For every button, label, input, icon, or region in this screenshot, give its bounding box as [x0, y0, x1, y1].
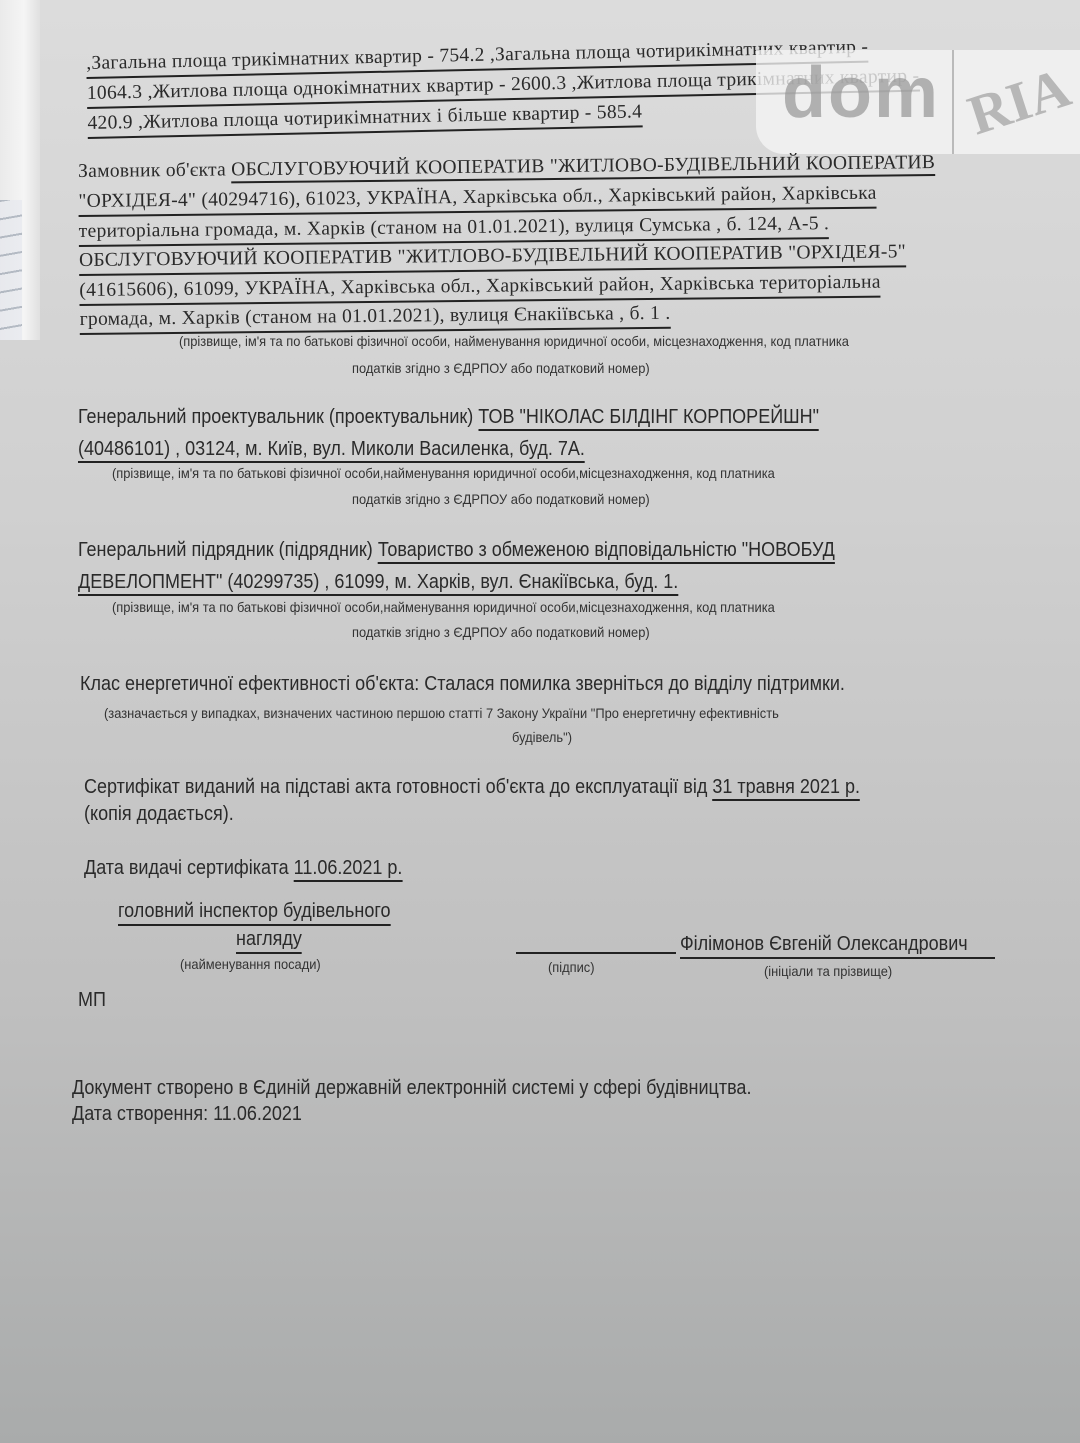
- watermark-dom-logo: dom: [782, 52, 940, 134]
- name-caption: (ініціали та прізвище): [764, 960, 892, 982]
- designer-note-2: податків згідно з ЄДРПОУ або податковий …: [352, 488, 650, 510]
- signature-line: [516, 952, 676, 954]
- energy-note-2: будівель"): [512, 726, 572, 748]
- position-line-1: головний інспектор будівельного: [118, 899, 391, 926]
- contractor-note-1: (прізвище, ім'я та по батькові фізичної …: [112, 596, 775, 618]
- contractor-value-2: ДЕВЕЛОПМЕНТ" (40299735) , 61099, м. Харк…: [78, 571, 678, 596]
- certificate-page: ,Загальна площа трикімнатних квартир - 7…: [0, 0, 1080, 1443]
- customer-line-5: (41615606), 61099, УКРАЇНА, Харківська о…: [79, 271, 881, 306]
- position-caption: (найменування посади): [180, 953, 321, 975]
- contractor-label: Генеральний підрядник (підрядник): [78, 539, 373, 561]
- designer-label: Генеральний проектувальник (проектувальн…: [78, 406, 473, 428]
- energy-note-1: (зазначається у випадках, визначених час…: [104, 702, 779, 724]
- certificate-copy-note: (копія додається).: [84, 802, 234, 826]
- position-line-2: нагляду: [236, 927, 302, 954]
- customer-note-2: податків згідно з ЄДРПОУ або податковий …: [352, 357, 650, 379]
- issue-date-value: 11.06.2021 р.: [294, 857, 403, 882]
- footer-system-text: Документ створено в Єдиній державній еле…: [72, 1076, 751, 1100]
- certificate-basis-date: 31 травня 2021 р.: [712, 776, 860, 801]
- contractor-note-2: податків згідно з ЄДРПОУ або податковий …: [352, 621, 650, 643]
- customer-note-1: (прізвище, ім'я та по батькові фізичної …: [100, 330, 928, 352]
- designer-note-1: (прізвище, ім'я та по батькові фізичної …: [112, 462, 775, 484]
- designer-value-1: ТОВ "НІКОЛАС БІЛДІНГ КОРПОРЕЙШН": [478, 406, 819, 431]
- energy-class-text: Клас енергетичної ефективності об'єкта: …: [80, 672, 845, 696]
- customer-label: Замовник об'єкта: [78, 159, 226, 182]
- footer-created-label: Дата створення:: [72, 1103, 208, 1125]
- customer-line-2: "ОРХІДЕЯ-4" (40294716), 61023, УКРАЇНА, …: [78, 182, 876, 217]
- contractor-value-1: Товариство з обмеженою відповідальністю …: [378, 539, 835, 564]
- customer-line-1: ОБСЛУГОВУЮЧИЙ КООПЕРАТИВ "ЖИТЛОВО-БУДІВЕ…: [231, 152, 935, 183]
- stamp-mark: МП: [78, 988, 106, 1012]
- inspector-name: Філімонов Євгеній Олександрович: [680, 932, 995, 959]
- signature-caption: (підпис): [548, 956, 595, 978]
- footer-created-date: 11.06.2021: [213, 1103, 302, 1125]
- watermark-divider: [952, 50, 954, 154]
- designer-value-2: (40486101) , 03124, м. Київ, вул. Миколи…: [78, 438, 585, 463]
- issue-date-label: Дата видачі сертифіката: [84, 857, 289, 879]
- certificate-basis-text: Сертифікат виданий на підставі акта гото…: [84, 776, 707, 798]
